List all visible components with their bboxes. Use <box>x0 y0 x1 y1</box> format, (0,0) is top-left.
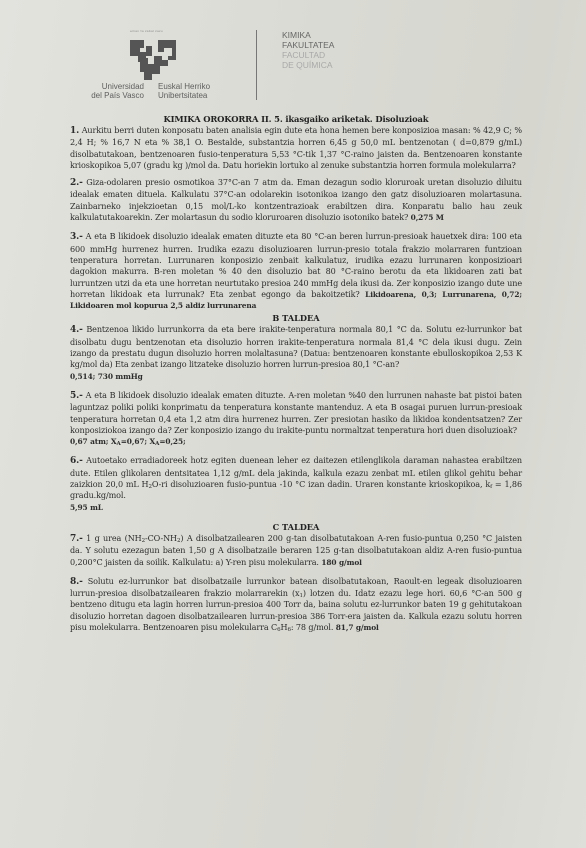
exercise-3: 3.- A eta B likidoek disoluzio idealak e… <box>70 231 522 311</box>
exercise-text: A eta B likidoek disoluzio idealak emate… <box>70 231 522 298</box>
exercise-number: 5.- <box>70 391 83 401</box>
document-header: eman ta zabal zazu Universidad del País … <box>0 0 586 110</box>
document-body: KIMIKA OROKORRA II. 5. ikasgaiko ariketa… <box>70 114 522 641</box>
exercise-text: Autoetako erradiadoreek hotz egiten duen… <box>70 455 522 500</box>
exercise-answer: 0,514; 730 mmHg <box>70 372 143 381</box>
exercise-1: 1. Aurkitu berri duten konposatu baten a… <box>70 125 522 171</box>
exercise-7: 7.- 1 g urea (NH2-CO-NH2) A disolbatzail… <box>70 533 522 568</box>
exercise-text: Bentzenoa likido lurrunkorra da eta bere… <box>70 324 522 369</box>
exercise-answer: 5,95 mL <box>70 503 103 512</box>
university-logo-icon <box>124 32 184 80</box>
exercise-number: 3.- <box>70 232 83 242</box>
exercise-text: A eta B likidoek disoluzio idealak emate… <box>70 390 522 435</box>
faculty-name: KIMIKA FAKULTATEA FACULTAD DE QUÍMICA <box>282 30 334 70</box>
exercise-8: 8.- Solutu ez-lurrunkor bat disolbatzail… <box>70 576 522 633</box>
exercise-answer: 0,275 M <box>411 213 444 222</box>
exercise-2: 2.- Giza-odolaren presio osmotikoa 37°C-… <box>70 177 522 223</box>
exercise-text: Solutu ez-lurrunkor bat disolbatzaile lu… <box>70 576 522 632</box>
university-name-eu: Euskal Herriko Unibertsitatea <box>158 82 238 100</box>
exercise-number: 7.- <box>70 534 83 544</box>
university-motto: eman ta zabal zazu <box>130 29 163 33</box>
exercise-number: 1. <box>70 126 79 136</box>
exercise-6: 6.- Autoetako erradiadoreek hotz egiten … <box>70 455 522 512</box>
exercise-number: 4.- <box>70 325 83 335</box>
exercise-text: Giza-odolaren presio osmotikoa 37°C-an 7… <box>70 177 522 222</box>
header-divider <box>256 30 257 100</box>
group-b-heading: B TALDEA <box>70 313 522 323</box>
university-name-es: Universidad del País Vasco <box>68 82 144 100</box>
group-c-heading: C TALDEA <box>70 522 522 532</box>
exercise-4: 4.- Bentzenoa likido lurrunkorra da eta … <box>70 324 522 381</box>
exercise-number: 6.- <box>70 456 83 466</box>
exercise-number: 2.- <box>70 178 83 188</box>
exercise-number: 8.- <box>70 577 83 587</box>
exercise-answer: 81,7 g/mol <box>336 623 379 632</box>
exercise-text: Aurkitu berri duten konposatu baten anal… <box>70 125 522 170</box>
exercise-answer: 180 g/mol <box>321 558 362 567</box>
exercise-answer: 0,67 atm; XA=0,67; XA=0,25; <box>70 437 186 446</box>
exercise-5: 5.- A eta B likidoek disoluzio idealak e… <box>70 390 522 447</box>
exercise-text: 1 g urea (NH2-CO-NH2) A disolbatzaileare… <box>70 533 522 567</box>
document-title: KIMIKA OROKORRA II. 5. ikasgaiko ariketa… <box>70 114 522 124</box>
